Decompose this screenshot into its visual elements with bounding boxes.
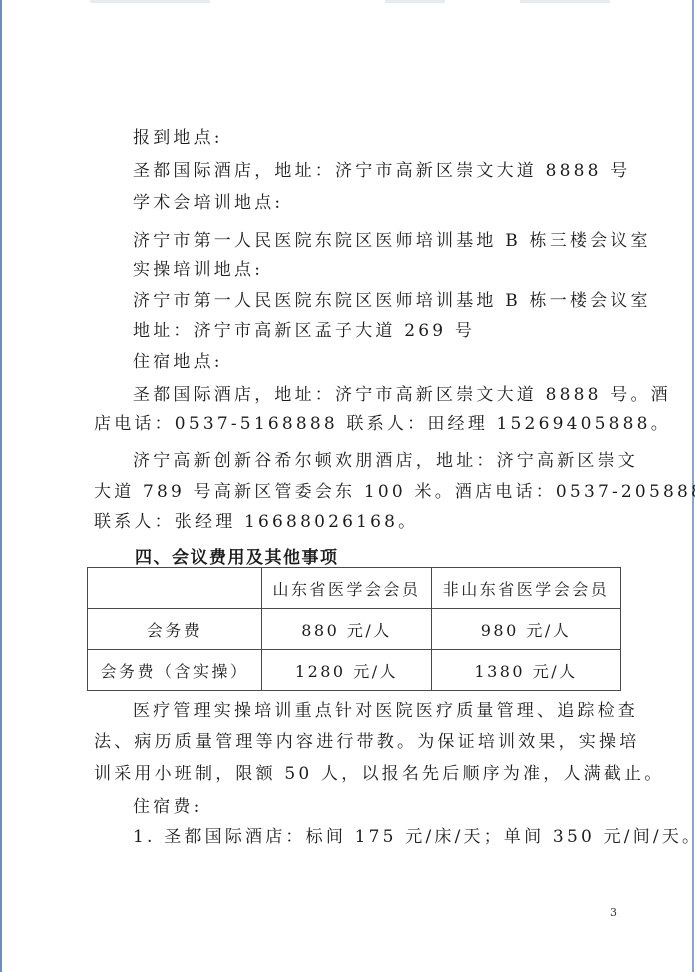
- lodging-label: 住宿地点:: [133, 352, 223, 372]
- academic-venue-label: 学术会培训地点:: [133, 193, 283, 213]
- page-border-left: [0, 0, 2, 972]
- table-header-row: 山东省医学会会员 非山东省医学会会员: [88, 568, 621, 609]
- hotel2-line3: 联系人：张经理 16688026168。: [94, 512, 418, 532]
- table-cell: 980 元/人: [432, 609, 621, 650]
- academic-venue-value: 济宁市第一人民医院东院区医师培训基地 B 栋三楼会议室: [133, 231, 651, 251]
- table-cell: 1380 元/人: [432, 650, 621, 691]
- table-row: 会务费 880 元/人 980 元/人: [88, 609, 621, 650]
- checkin-value: 圣都国际酒店，地址：济宁市高新区崇文大道 8888 号: [133, 161, 630, 181]
- page-number: 3: [610, 906, 617, 919]
- table-header-cell: 山东省医学会会员: [262, 568, 432, 609]
- bleed-through-mark: [90, 0, 210, 3]
- paragraph-line2: 法、病历质量管理等内容进行带教。为保证培训效果，实操培: [94, 732, 639, 752]
- table-cell: 880 元/人: [262, 609, 432, 650]
- practical-venue-address: 地址：济宁市高新区孟子大道 269 号: [133, 321, 475, 341]
- fee-table: 山东省医学会会员 非山东省医学会会员 会务费 880 元/人 980 元/人 会…: [87, 567, 621, 691]
- hotel1-line1: 圣都国际酒店，地址：济宁市高新区崇文大道 8888 号。酒: [133, 385, 671, 405]
- lodging-fee-label: 住宿费:: [133, 797, 203, 817]
- hotel2-line1: 济宁高新创新谷希尔顿欢朋酒店，地址：济宁高新区崇文: [133, 451, 638, 471]
- paragraph-line3: 训采用小班制，限额 50 人，以报名先后顺序为准，人满截止。: [94, 764, 664, 784]
- section-heading: 四、会议费用及其他事项: [135, 543, 339, 568]
- paragraph-line1: 医疗管理实操培训重点针对医院医疗质量管理、追踪检查: [133, 701, 638, 721]
- table-cell: 会务费（含实操）: [88, 650, 262, 691]
- table-header-cell: [88, 568, 262, 609]
- bleed-through-mark: [385, 0, 445, 3]
- table-header-cell: 非山东省医学会会员: [432, 568, 621, 609]
- hotel2-line2: 大道 789 号高新区管委会东 100 米。酒店电话：0537-2058888: [94, 482, 695, 502]
- practical-venue-label: 实操培训地点:: [133, 260, 263, 280]
- bleed-through-mark: [520, 0, 610, 3]
- hotel1-line2: 店电话：0537-5168888 联系人：田经理 15269405888。: [94, 414, 671, 434]
- table-cell: 会务费: [88, 609, 262, 650]
- checkin-label: 报到地点:: [133, 128, 223, 148]
- practical-venue-value: 济宁市第一人民医院东院区医师培训基地 B 栋一楼会议室: [133, 291, 651, 311]
- table-row: 会务费（含实操） 1280 元/人 1380 元/人: [88, 650, 621, 691]
- table-cell: 1280 元/人: [262, 650, 432, 691]
- lodging-fee-item1: 1. 圣都国际酒店：标间 175 元/床/天；单间 350 元/间/天。: [133, 827, 695, 847]
